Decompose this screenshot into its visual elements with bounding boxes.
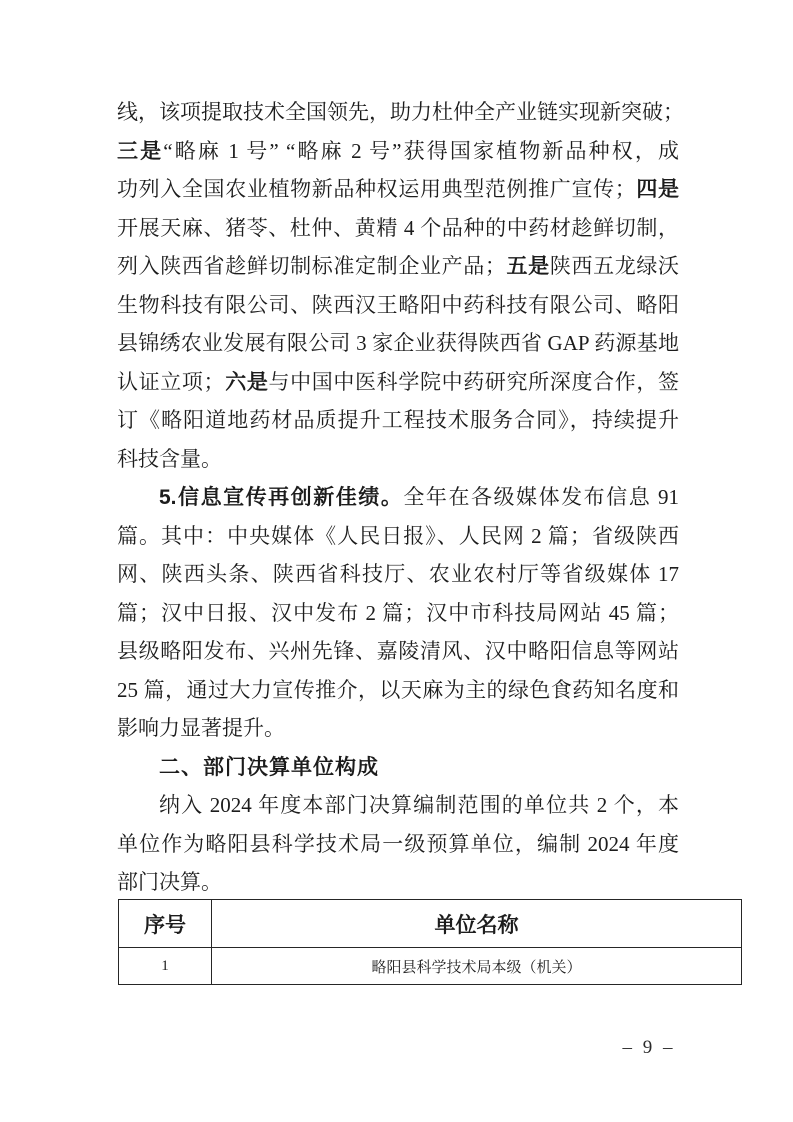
body-line: 县级略阳发布、兴州先锋、嘉陵清风、汉中略阳信息等网站 xyxy=(117,632,679,671)
table-header-serial: 序号 xyxy=(119,900,212,948)
section-heading: 二、部门决算单位构成 xyxy=(117,748,679,787)
body-text: 列入陕西省趁鲜切制标准定制企业产品； xyxy=(117,254,506,278)
body-line: 科技含量。 xyxy=(117,440,679,479)
body-text: 科技含量。 xyxy=(117,447,222,471)
emphasis-text: 四是 xyxy=(636,177,679,201)
body-line: 认证立项；六是与中国中医科学院中药研究所深度合作，签 xyxy=(117,363,679,402)
body-line: 纳入 2024 年度本部门决算编制范围的单位共 2 个，本 xyxy=(117,786,679,825)
subheading-text: 5.信息宣传再创新佳绩。 xyxy=(159,486,403,509)
body-line: 网、陕西头条、陕西省科技厅、农业农村厅等省级媒体 17 xyxy=(117,555,679,594)
body-line: 三是“略麻 1 号” “略麻 2 号”获得国家植物新品种权，成 xyxy=(117,132,679,171)
body-line: 列入陕西省趁鲜切制标准定制企业产品；五是陕西五龙绿沃 xyxy=(117,247,679,286)
body-text: 篇。其中：中央媒体《人民日报》、人民网 2 篇；省级陕西 xyxy=(117,524,679,548)
document-body: 线，该项提取技术全国领先，助力杜仲全产业链实现新突破； 三是“略麻 1 号” “… xyxy=(117,93,679,902)
body-text: 25 篇，通过大力宣传推介，以天麻为主的绿色食药知名度和 xyxy=(117,678,679,702)
table-cell-serial: 1 xyxy=(119,948,212,985)
emphasis-text: 五是 xyxy=(506,254,550,278)
body-line: 线，该项提取技术全国领先，助力杜仲全产业链实现新突破； xyxy=(117,93,679,132)
table-header-unit-name: 单位名称 xyxy=(212,900,742,948)
body-line: 县锦绣农业发展有限公司 3 家企业获得陕西省 GAP 药源基地 xyxy=(117,324,679,363)
section-heading-text: 二、部门决算单位构成 xyxy=(159,756,379,779)
body-text: 订《略阳道地药材品质提升工程技术服务合同》，持续提升 xyxy=(117,408,679,432)
body-text: 网、陕西头条、陕西省科技厅、农业农村厅等省级媒体 17 xyxy=(117,562,679,586)
body-text: 部门决算。 xyxy=(117,870,222,894)
body-line: 开展天麻、猪苓、杜仲、黄精 4 个品种的中药材趁鲜切制， xyxy=(117,209,679,248)
body-line: 部门决算。 xyxy=(117,863,679,902)
document-page: 线，该项提取技术全国领先，助力杜仲全产业链实现新突破； 三是“略麻 1 号” “… xyxy=(0,0,793,1122)
body-line: 生物科技有限公司、陕西汉王略阳中药科技有限公司、略阳 xyxy=(117,286,679,325)
body-text: 与中国中医科学院中药研究所深度合作，签 xyxy=(268,370,679,394)
body-line: 篇；汉中日报、汉中发布 2 篇；汉中市科技局网站 45 篇； xyxy=(117,594,679,633)
body-line: 功列入全国农业植物新品种权运用典型范例推广宣传；四是 xyxy=(117,170,679,209)
body-text: 功列入全国农业植物新品种权运用典型范例推广宣传； xyxy=(117,177,636,201)
body-text: 认证立项； xyxy=(117,370,225,394)
body-line: 单位作为略阳县科学技术局一级预算单位，编制 2024 年度 xyxy=(117,825,679,864)
units-table: 序号 单位名称 1 略阳县科学技术局本级（机关） xyxy=(118,899,742,985)
body-text: 陕西五龙绿沃 xyxy=(550,254,679,278)
body-line: 订《略阳道地药材品质提升工程技术服务合同》，持续提升 xyxy=(117,401,679,440)
body-text: 县锦绣农业发展有限公司 3 家企业获得陕西省 GAP 药源基地 xyxy=(117,331,679,355)
table-cell-unit-name: 略阳县科学技术局本级（机关） xyxy=(212,948,742,985)
body-text: 篇；汉中日报、汉中发布 2 篇；汉中市科技局网站 45 篇； xyxy=(117,601,679,625)
table-header-row: 序号 单位名称 xyxy=(119,900,742,948)
body-text: 纳入 2024 年度本部门决算编制范围的单位共 2 个，本 xyxy=(159,793,679,817)
body-text: 生物科技有限公司、陕西汉王略阳中药科技有限公司、略阳 xyxy=(117,293,679,317)
emphasis-text: 六是 xyxy=(225,370,269,394)
body-text: 单位作为略阳县科学技术局一级预算单位，编制 2024 年度 xyxy=(117,832,679,856)
body-line: 25 篇，通过大力宣传推介，以天麻为主的绿色食药知名度和 xyxy=(117,671,679,710)
body-line: 5.信息宣传再创新佳绩。全年在各级媒体发布信息 91 xyxy=(117,478,679,517)
page-number: – 9 – xyxy=(594,1037,704,1059)
body-text: 线，该项提取技术全国领先，助力杜仲全产业链实现新突破； xyxy=(117,100,684,124)
emphasis-text: 三是 xyxy=(117,139,163,163)
body-text: 开展天麻、猪苓、杜仲、黄精 4 个品种的中药材趁鲜切制， xyxy=(117,216,679,240)
body-text: 全年在各级媒体发布信息 91 xyxy=(403,485,679,509)
table-row: 1 略阳县科学技术局本级（机关） xyxy=(119,948,742,985)
body-text: 影响力显著提升。 xyxy=(117,716,285,740)
body-text: “略麻 1 号” “略麻 2 号”获得国家植物新品种权，成 xyxy=(163,139,679,163)
body-line: 影响力显著提升。 xyxy=(117,709,679,748)
body-line: 篇。其中：中央媒体《人民日报》、人民网 2 篇；省级陕西 xyxy=(117,517,679,556)
body-text: 县级略阳发布、兴州先锋、嘉陵清风、汉中略阳信息等网站 xyxy=(117,639,679,663)
